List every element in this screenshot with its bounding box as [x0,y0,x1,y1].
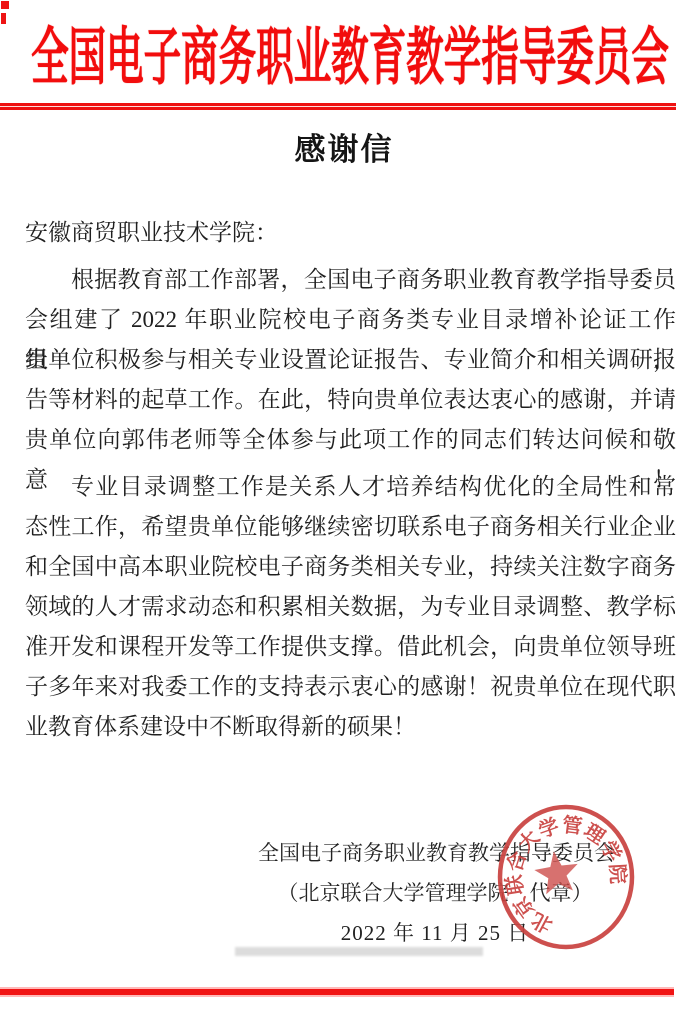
letter-body-line: 贵单位积极参与相关专业设置论证报告、专业简介和相关调研报 [25,340,676,380]
letterhead-rule [0,103,676,110]
letter-body-line: 会组建了 2022 年职业院校电子商务类专业目录增补论证工作组， [25,300,676,340]
scan-artifact-mark [1,1,9,9]
stamp-character: 院 [605,863,630,884]
letter-body-line: 安徽商贸职业技术学院： [25,213,676,253]
star-icon [532,848,581,895]
letter-body-line: 告等材料的起草工作。在此，特向贵单位表达衷心的感谢，并请 [25,380,676,420]
letter-page: 全国电子商务职业教育教学指导委员会 感谢信 安徽商贸职业技术学院：根据教育部工作… [0,0,700,1018]
official-seal-stamp: 北京联合大学管理学院 [491,802,641,952]
stamp-character: 联 [501,873,528,897]
letter-body-line: 贵单位向郭伟老师等全体参与此项工作的同志们转达问候和敬意！ [25,420,676,460]
letter-title: 感谢信 [0,131,688,169]
letter-body: 安徽商贸职业技术学院：根据教育部工作部署，全国电子商务职业教育教学指导委员会组建… [25,213,676,747]
letterhead-org-name: 全国电子商务职业教育教学指导委员会 [31,26,669,89]
footer-rule [0,987,674,997]
letter-body-line: 领域的人才需求动态和积累相关数据，为专业目录调整、教学标 [25,587,676,627]
letter-body-line: 态性工作，希望贵单位能够继续密切联系电子商务相关行业企业 [25,507,676,547]
letter-body-line: 准开发和课程开发等工作提供支撑。借此机会，向贵单位领导班 [25,627,676,667]
scan-smudge-artifact [235,947,483,956]
letter-body-line: 业教育体系建设中不断取得新的硕果！ [25,707,676,747]
letter-body-line: 根据教育部工作部署，全国电子商务职业教育教学指导委员 [25,260,676,300]
letterhead: 全国电子商务职业教育教学指导委员会 [0,14,700,100]
letter-body-line: 专业目录调整工作是关系人才培养结构优化的全局性和常 [25,467,676,507]
stamp-character: 管 [561,812,584,838]
letter-body-line: 子多年来对我委工作的支持表示衷心的感谢！祝贵单位在现代职 [25,667,676,707]
letter-body-line: 和全国中高本职业院校电子商务类相关专业，持续关注数字商务 [25,547,676,587]
